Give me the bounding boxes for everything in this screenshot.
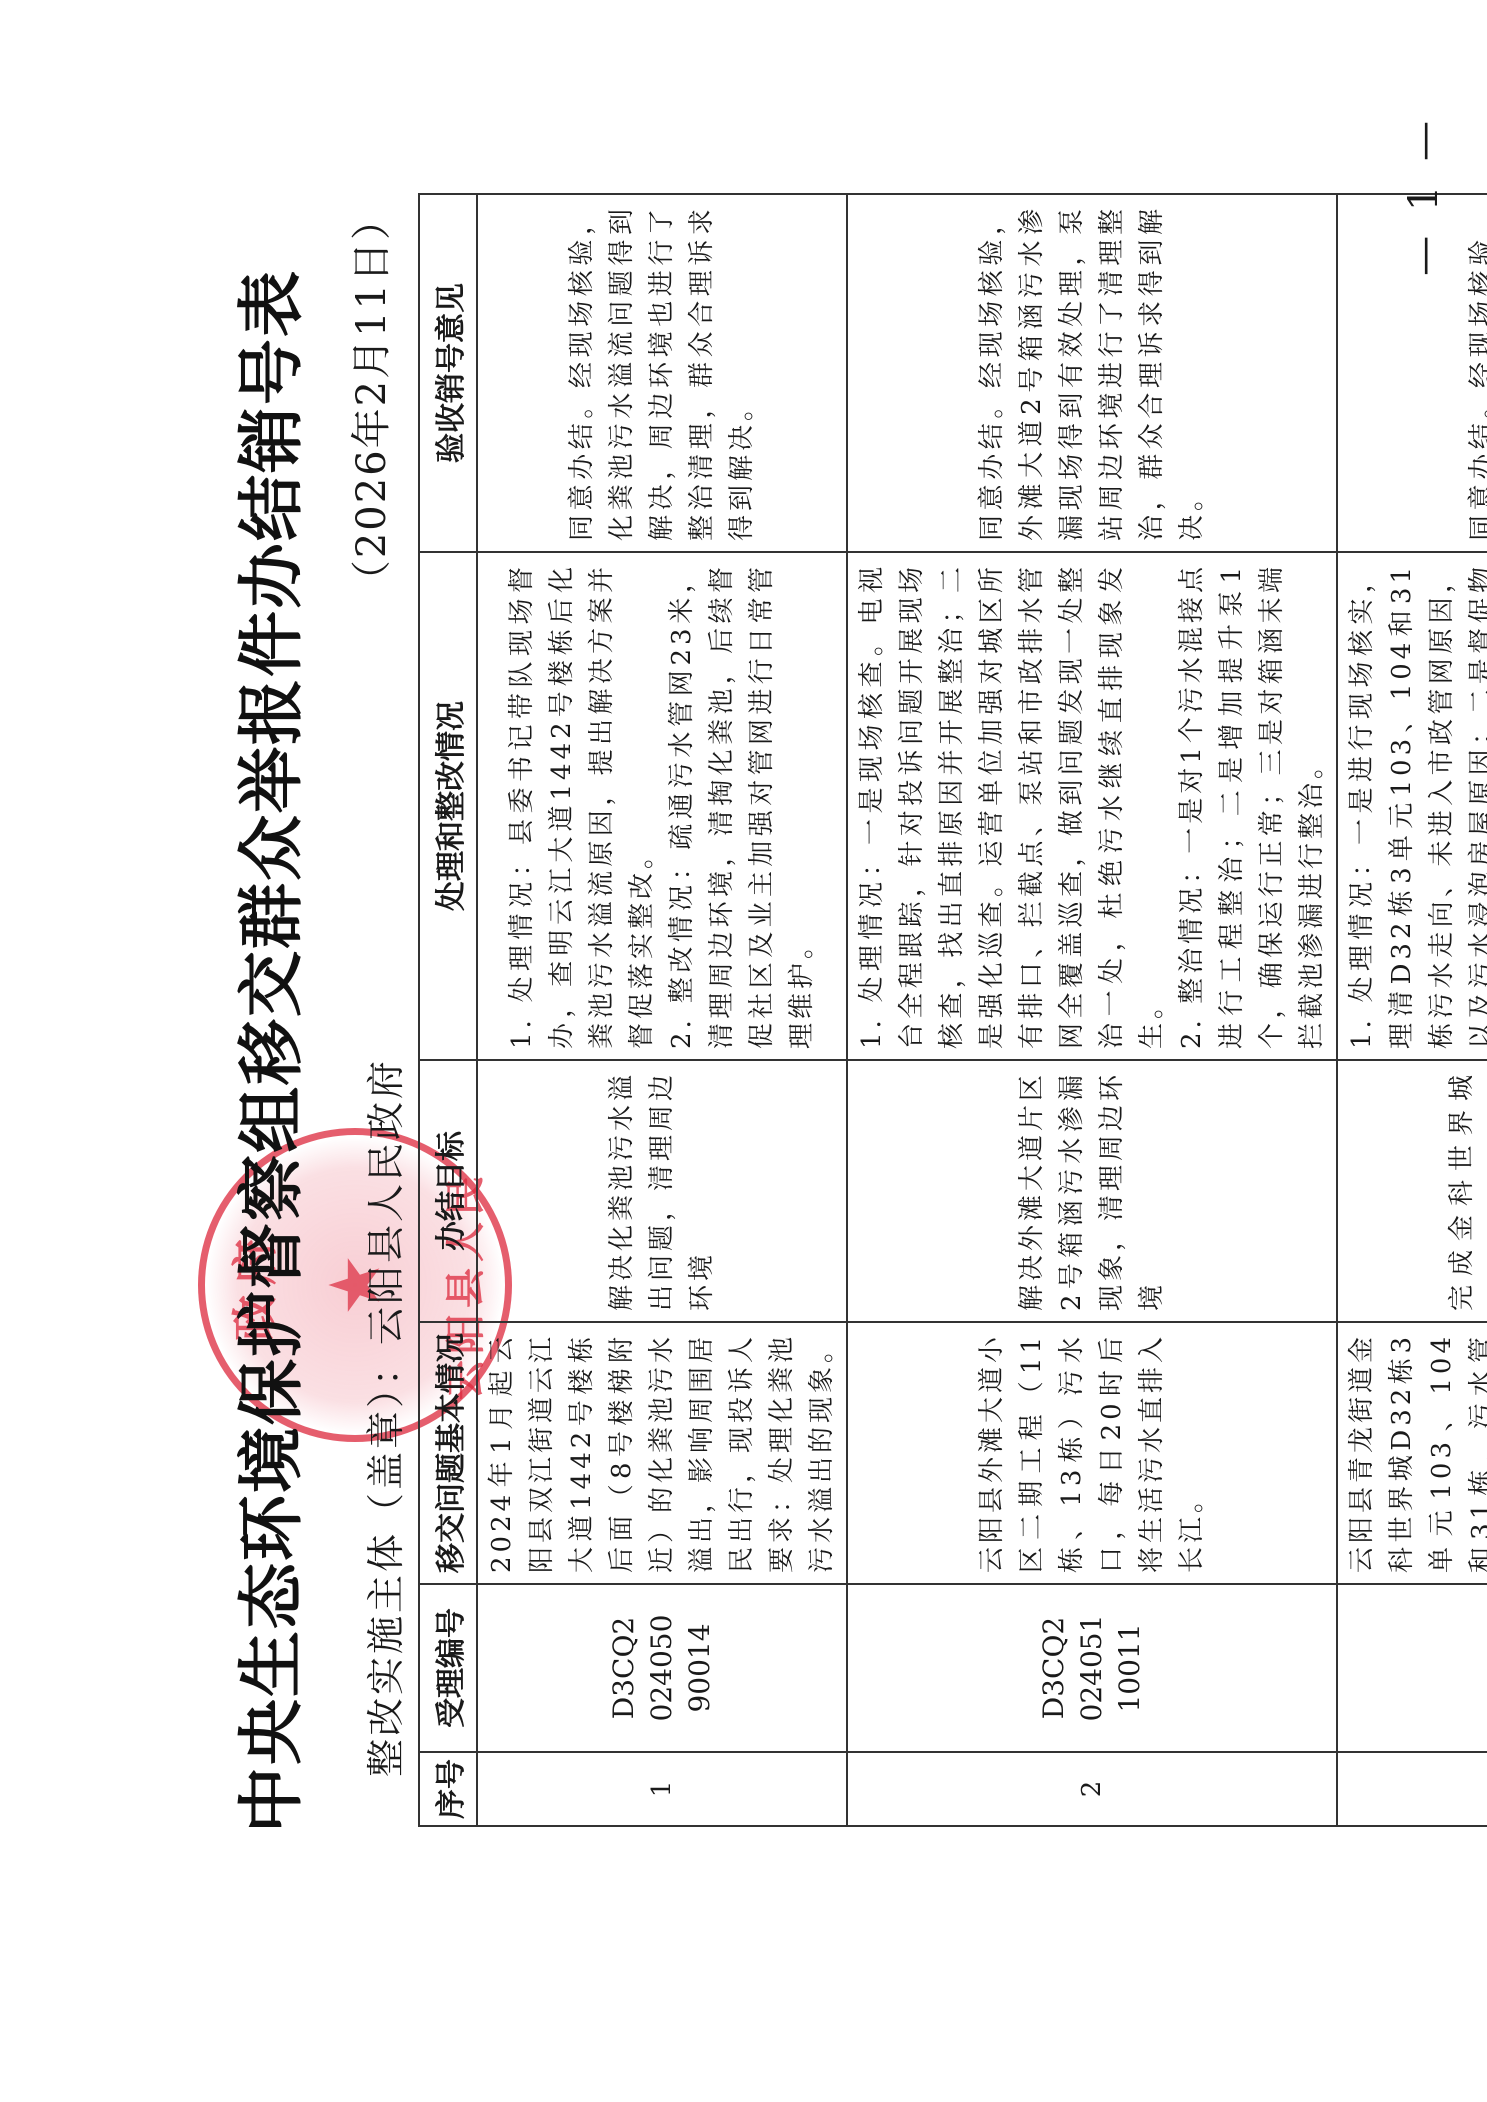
cell-goal: 解决化粪池污水溢出问题，清理周边环境 <box>477 1060 847 1322</box>
table-row: 2 D3CQ202405110011 云阳县外滩大道小区二期工程（11栋、13栋… <box>847 194 1337 1826</box>
cell-opinion: 同意办结。经现场核验，化粪池污水溢流问题得到解决，周边环境也进行了整治清理，群众… <box>477 194 847 552</box>
cell-id: D3CQ202405110011 <box>847 1584 1337 1752</box>
cell-goal: 解决外滩大道片区2号箱涵污水渗漏现象，清理周边环境 <box>847 1060 1337 1322</box>
header-id: 受理编号 <box>419 1584 477 1752</box>
header-issue: 移交问题基本情况 <box>419 1322 477 1584</box>
cell-actions: 1. 处理情况：县委书记带队现场督办，查明云江大道1442号楼栋后化粪池污水溢流… <box>477 552 847 1060</box>
action-item: 1. 处理情况：县委书记带队现场督办，查明云江大道1442号楼栋后化粪池污水溢流… <box>502 563 662 1049</box>
cell-opinion: 同意办结。经现场核验，外滩大道2号箱涵污水渗漏现场得到有效处理，泵站周边环境进行… <box>847 194 1337 552</box>
cell-issue: 云阳县外滩大道小区二期工程（11栋、13栋）污水口，每日20时后将生活污水直排入… <box>847 1322 1337 1584</box>
cell-seq: 2 <box>847 1752 1337 1826</box>
cell-goal: 完成金科世界城D32和D31栋非利用架空层内存在破损、渗漏、开裂等情况的PVC排… <box>1337 1060 1487 1322</box>
document-page: 政府 ★ 云阳县人民 中央生态环境保护督察组移交群众举报件办结销号表 整改实施主… <box>0 0 1487 2102</box>
table-row: 3 D3CQ202405150002 云阳县青龙街道金科世界城D32栋3单元10… <box>1337 194 1487 1826</box>
header-actions: 处理和整改情况 <box>419 552 477 1060</box>
header-opinion: 验收销号意见 <box>419 194 477 552</box>
cell-issue: 2024年1月起云阳县双江街道云江大道1442号楼栋后面（8号楼梯附近）的化粪池… <box>477 1322 847 1584</box>
cell-actions: 1. 处理情况：一是进行现场核实，理清D32栋3单元103、104和31栋污水走… <box>1337 552 1487 1060</box>
action-item: 2. 整治情况：一是对1个污水混接点进行工程整治；二是增加提升泵1个，确保运行正… <box>1172 563 1332 1049</box>
table-row: 1 D3CQ202405090014 2024年1月起云阳县双江街道云江大道14… <box>477 194 847 1826</box>
action-item: 1. 处理情况：一是进行现场核实，理清D32栋3单元103、104和31栋污水走… <box>1342 563 1487 1049</box>
header-seq: 序号 <box>419 1752 477 1826</box>
document-title: 中央生态环境保护督察组移交群众举报件办结销号表 <box>218 0 313 2102</box>
cell-id: D3CQ202405090014 <box>477 1584 847 1752</box>
action-item: 1. 处理情况：一是现场核查。电视台全程跟踪，针对投诉问题开展现场核查，找出直排… <box>852 563 1172 1049</box>
table-header-row: 序号 受理编号 移交问题基本情况 办结目标 处理和整改情况 验收销号意见 <box>419 194 477 1826</box>
cell-seq: 1 <box>477 1752 847 1826</box>
header-goal: 办结目标 <box>419 1060 477 1322</box>
cell-actions: 1. 处理情况：一是现场核查。电视台全程跟踪，针对投诉问题开展现场核查，找出直排… <box>847 552 1337 1060</box>
implementer-label: 整改实施主体（盖章）：云阳县人民政府 <box>355 1058 410 1777</box>
cell-id: D3CQ202405150002 <box>1337 1584 1487 1752</box>
closure-table: 序号 受理编号 移交问题基本情况 办结目标 处理和整改情况 验收销号意见 1 D… <box>418 193 1487 1827</box>
document-date: （2026年2月11日） <box>340 198 397 600</box>
cell-seq: 3 <box>1337 1752 1487 1826</box>
cell-issue: 云阳县青龙街道金科世界城D32栋3单元103、104和31栋，污水管网未进入市政… <box>1337 1322 1487 1584</box>
page-number: — 1 — <box>1401 115 1447 276</box>
action-item: 2. 整改情况：疏通污水管网23米，清理周边环境，清掏化粪池，后续督促社区及业主… <box>662 563 822 1049</box>
